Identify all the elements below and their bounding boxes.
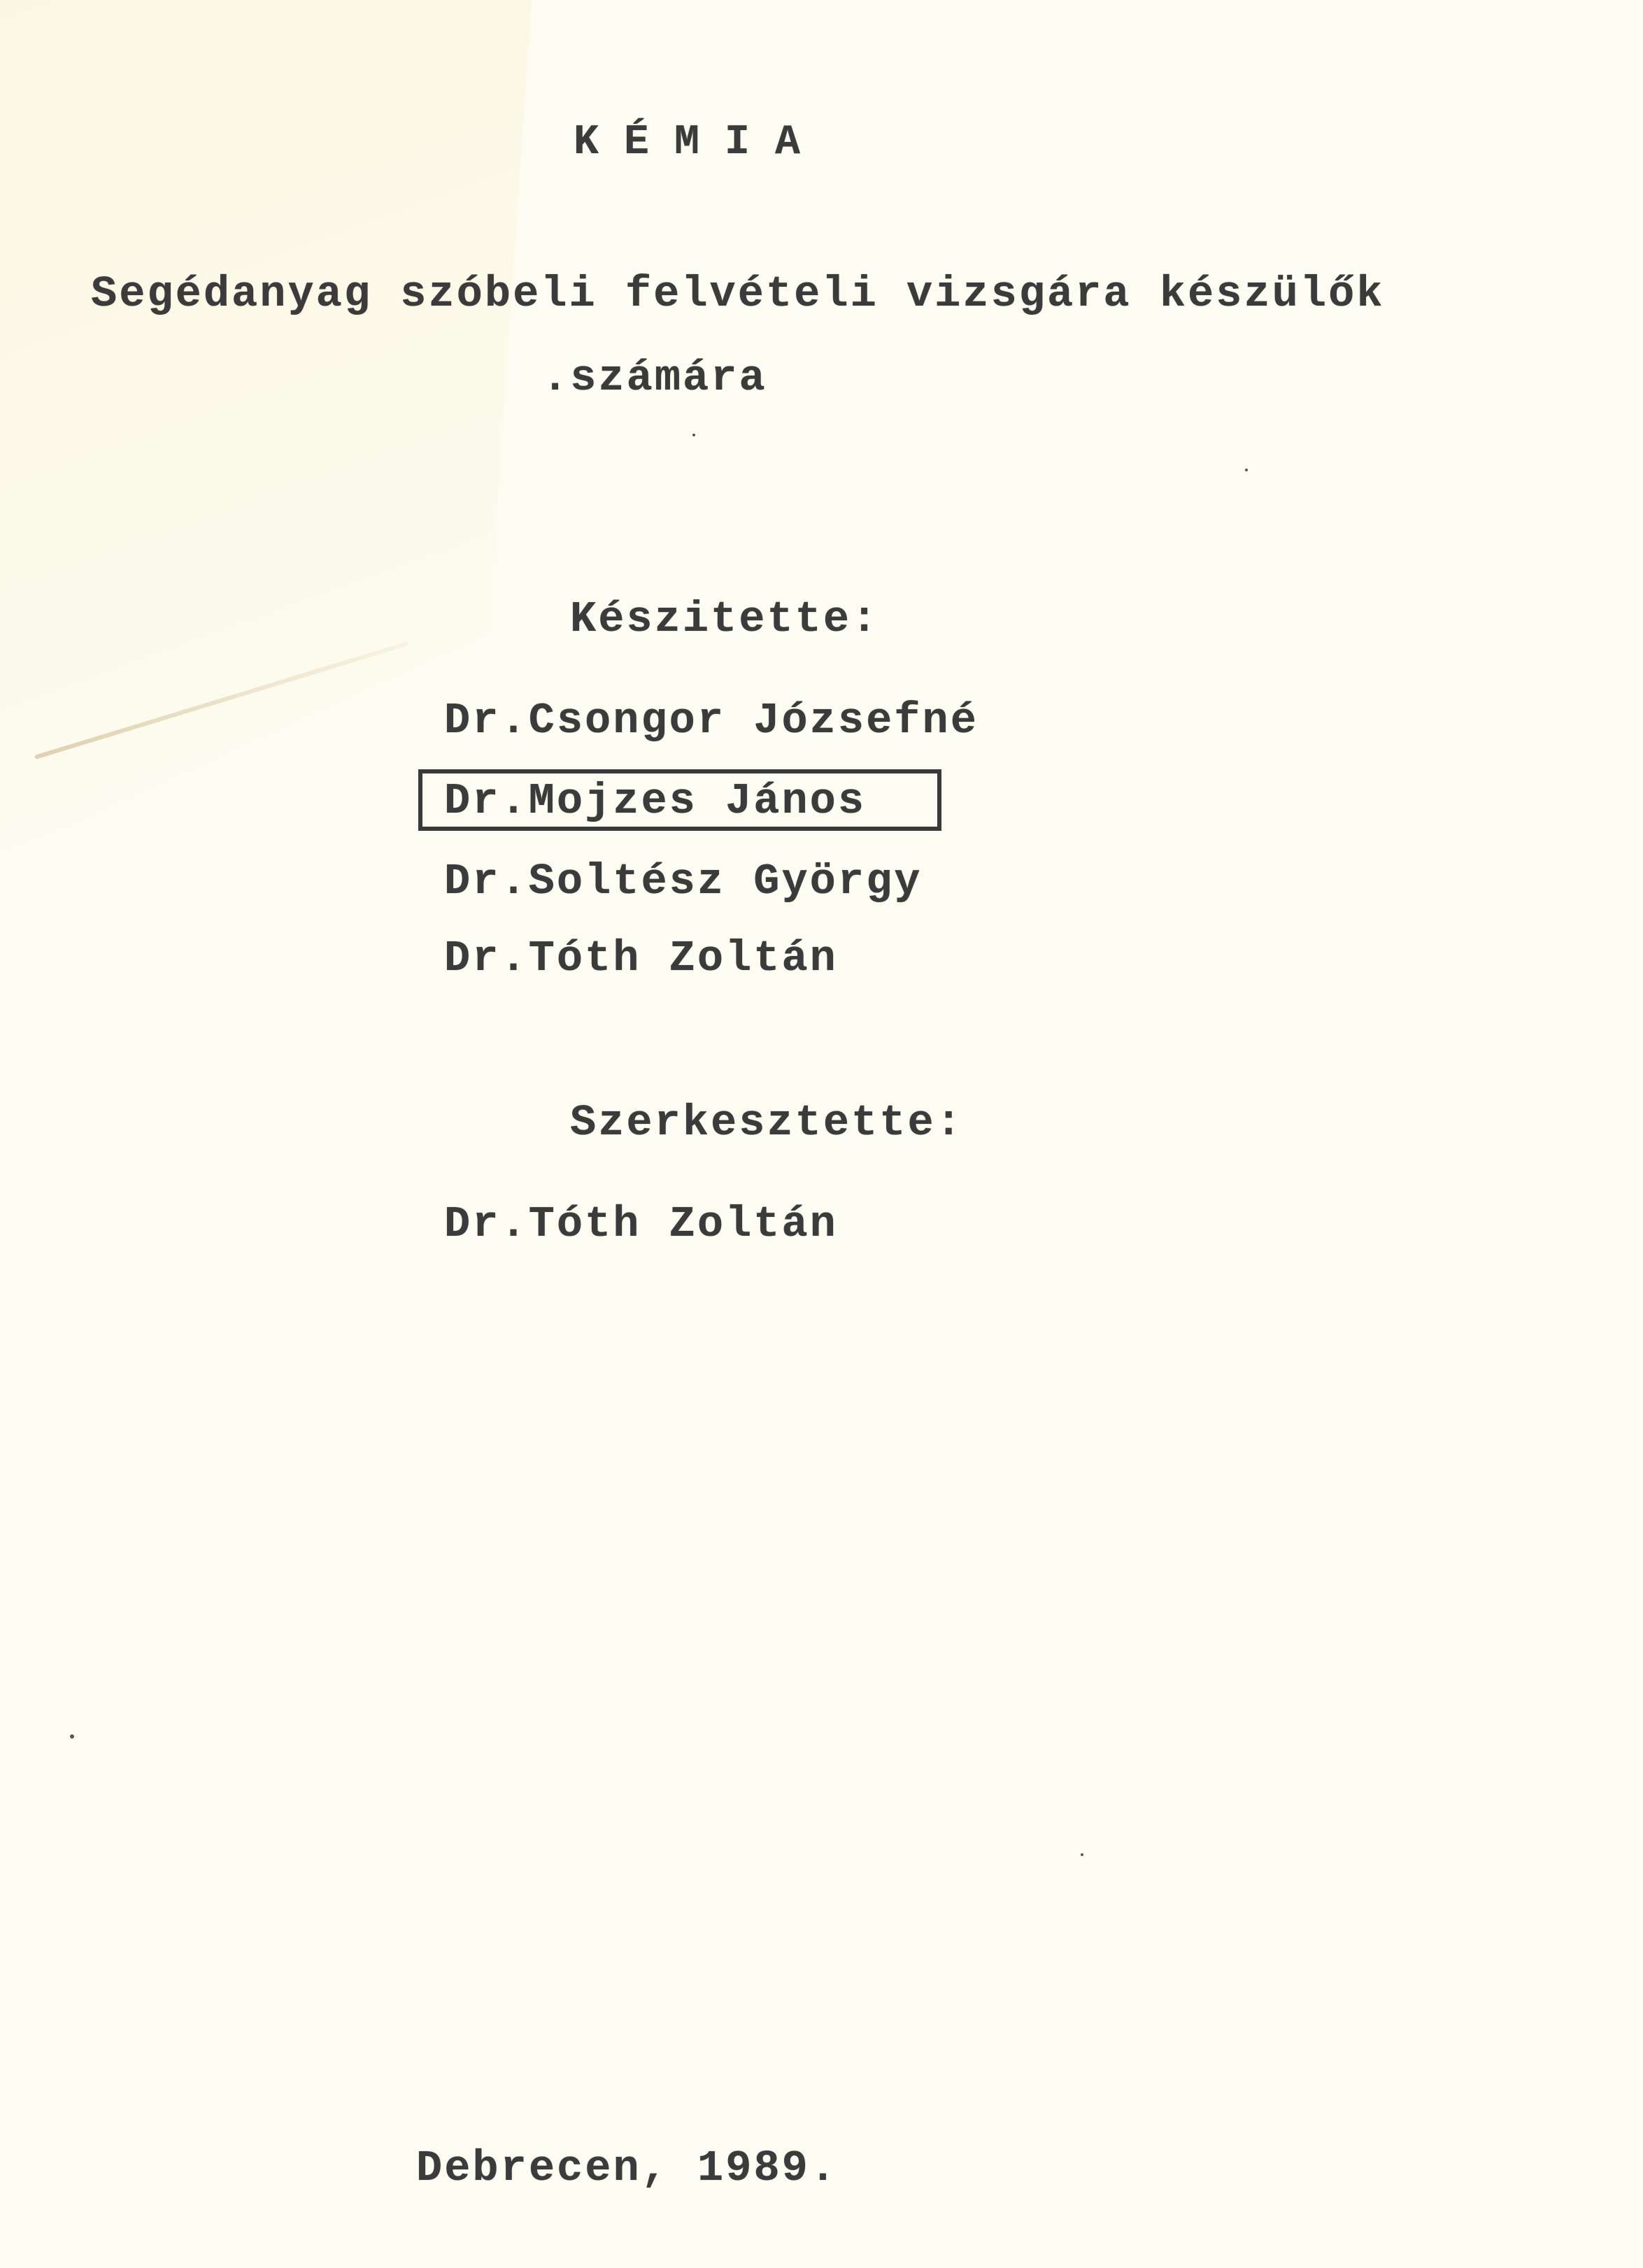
author-name: Dr.Soltész György: [444, 857, 923, 906]
author-name: Dr.Csongor Józsefné: [444, 696, 979, 746]
ink-speck: [1245, 469, 1248, 471]
author-name-highlighted: Dr.Mojzes János: [444, 776, 866, 826]
paper-crease: [34, 641, 410, 759]
ink-speck: [692, 434, 695, 436]
editor-name: Dr.Tóth Zoltán: [444, 1199, 838, 1249]
ink-speck: [1081, 1853, 1083, 1856]
document-subtitle-line2: .számára: [542, 353, 767, 403]
document-subtitle-line1: Segédanyag szóbeli felvételi vizsgára ké…: [91, 269, 1384, 319]
author-name: Dr.Tóth Zoltán: [444, 934, 838, 983]
place-and-date: Debrecen, 1989.: [416, 2144, 838, 2193]
document-title: KÉMIA: [574, 119, 825, 166]
prepared-by-label: Készitette:: [570, 594, 879, 644]
ink-speck: [70, 1734, 74, 1739]
edited-by-label: Szerkesztette:: [570, 1098, 964, 1148]
